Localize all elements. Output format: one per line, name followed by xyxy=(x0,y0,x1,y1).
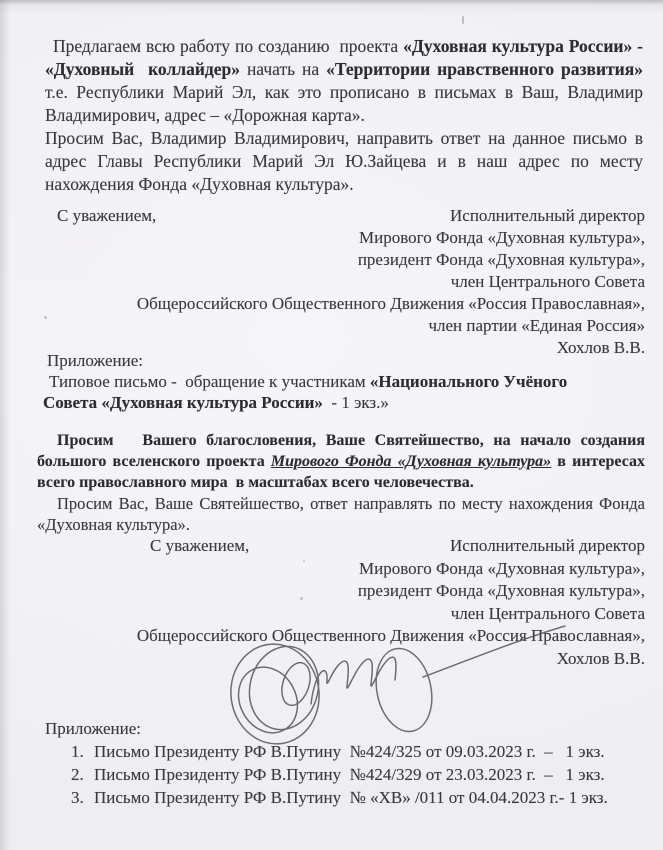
paragraph-request-patriarch: Просим Вас, Ваше Святейшество, ответ нап… xyxy=(37,493,645,535)
signoff-line: член партии «Единая Россия» xyxy=(0,315,645,337)
signoff-block-1: С уважением, Исполнительный директор Мир… xyxy=(0,205,663,359)
attachment-block-2: Приложение: Письмо Президенту РФ В.Путин… xyxy=(0,717,663,809)
paragraph-blessing: Просим Вашего благословения, Ваше Святей… xyxy=(37,430,645,493)
signoff-line: Общероссийского Общественного Движения «… xyxy=(0,625,645,648)
signoff-line: Хохлов В.В. xyxy=(0,337,645,359)
attachment-block-1: Приложение: Типовое письмо - обращение к… xyxy=(43,350,603,413)
attachment-item-2: Письмо Президенту РФ В.Путину №424/329 о… xyxy=(88,763,663,786)
signoff-line: член Центрального Совета xyxy=(0,271,645,293)
attachment-description: Типовое письмо - обращение к участникам … xyxy=(43,371,603,413)
paragraph-proposal: Предлагаем всю работу по созданию проект… xyxy=(45,35,643,127)
attachment-heading-2: Приложение: xyxy=(45,717,663,740)
signoff-line: Хохлов В.В. xyxy=(0,648,645,671)
signoff-line: президент Фонда «Духовная культура», xyxy=(0,249,645,271)
scanned-letter-page: Предлагаем всю работу по созданию проект… xyxy=(0,0,663,850)
attachment-item-3: Письмо Президенту РФ В.Путину № «ХВ» /01… xyxy=(88,786,663,809)
signoff-line: Мирового Фонда «Духовная культура», xyxy=(0,227,645,249)
attachment-list: Письмо Президенту РФ В.Путину №424/325 о… xyxy=(0,740,663,809)
signoff-line: член Центрального Совета xyxy=(0,603,645,626)
scan-speck xyxy=(462,16,464,24)
closing-salutation-1: С уважением, xyxy=(57,205,156,227)
signoff-line: президент Фонда «Духовная культура», xyxy=(0,580,645,603)
attachment-item-1: Письмо Президенту РФ В.Путину №424/325 о… xyxy=(88,740,663,763)
closing-salutation-2: С уважением, xyxy=(150,535,249,558)
signoff-block-2: С уважением, Исполнительный директор Мир… xyxy=(0,535,663,670)
signoff-line: Мирового Фонда «Духовная культура», xyxy=(0,558,645,581)
signoff-line: Общероссийского Общественного Движения «… xyxy=(0,293,645,315)
signoff-line: Исполнительный директор xyxy=(0,535,645,558)
paragraph-request-president: Просим Вас, Владимир Владимирович, напра… xyxy=(45,127,643,196)
